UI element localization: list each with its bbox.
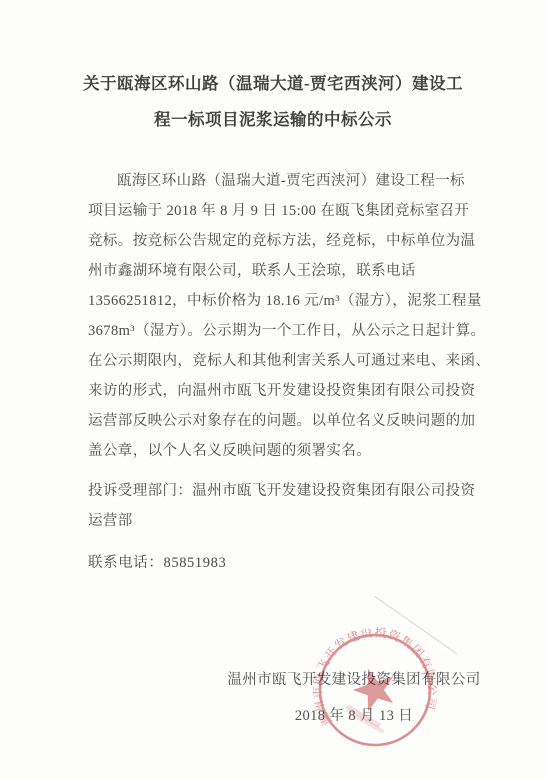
title-line-2: 程一标项目泥浆运输的中标公示: [0, 102, 546, 138]
body-line: 运营部反映公示对象存在的问题。以单位名义反映问题的加: [88, 406, 468, 436]
body-line: 项目运输于 2018 年 8 月 9 日 15:00 在瓯飞集团竞标室召开: [88, 196, 468, 226]
title-line-1: 关于瓯海区环山路（温瑞大道-贾宅西浃河）建设工: [0, 66, 546, 102]
body-paragraph: 瓯海区环山路（温瑞大道-贾宅西浃河）建设工程一标 项目运输于 2018 年 8 …: [88, 166, 468, 466]
body-line: 盖公章，以个人名义反映问题的须署实名。: [88, 436, 468, 466]
scan-scratch-artifact: [373, 596, 457, 657]
body-line: 瓯海区环山路（温瑞大道-贾宅西浃河）建设工程一标: [88, 166, 468, 196]
complaint-line-1: 投诉受理部门：温州市瓯飞开发建设投资集团有限公司投资: [88, 476, 488, 506]
signature-block: 温州市瓯飞开发建设投资集团有限公司 2018 年 8 月 13 日: [218, 662, 490, 734]
body-line: 州市鑫湖环境有限公司，联系人王浍琼，联系电话: [88, 256, 468, 286]
body-line: 来访的形式，向温州市瓯飞开发建设投资集团有限公司投资: [88, 376, 468, 406]
signature-company: 温州市瓯飞开发建设投资集团有限公司: [218, 662, 490, 698]
notice-document-page: 关于瓯海区环山路（温瑞大道-贾宅西浃河）建设工 程一标项目泥浆运输的中标公示 瓯…: [0, 0, 546, 780]
document-title: 关于瓯海区环山路（温瑞大道-贾宅西浃河）建设工 程一标项目泥浆运输的中标公示: [0, 66, 546, 138]
body-line: 13566251812，中标价格为 18.16 元/m³（湿方），泥浆工程量: [88, 286, 468, 316]
complaint-department: 投诉受理部门：温州市瓯飞开发建设投资集团有限公司投资 运营部: [88, 476, 488, 536]
body-line: 3678m³（湿方）。公示期为一个工作日，从公示之日起计算。: [88, 316, 468, 346]
body-line: 在公示期限内，竞标人和其他利害关系人可通过来电、来函、: [88, 346, 468, 376]
complaint-line-2: 运营部: [88, 506, 488, 536]
contact-phone: 联系电话：85851983: [88, 551, 226, 572]
body-line: 竞标。按竞标公告规定的竞标方法，经竞标，中标单位为温: [88, 226, 468, 256]
signature-date: 2018 年 8 月 13 日: [218, 698, 490, 734]
